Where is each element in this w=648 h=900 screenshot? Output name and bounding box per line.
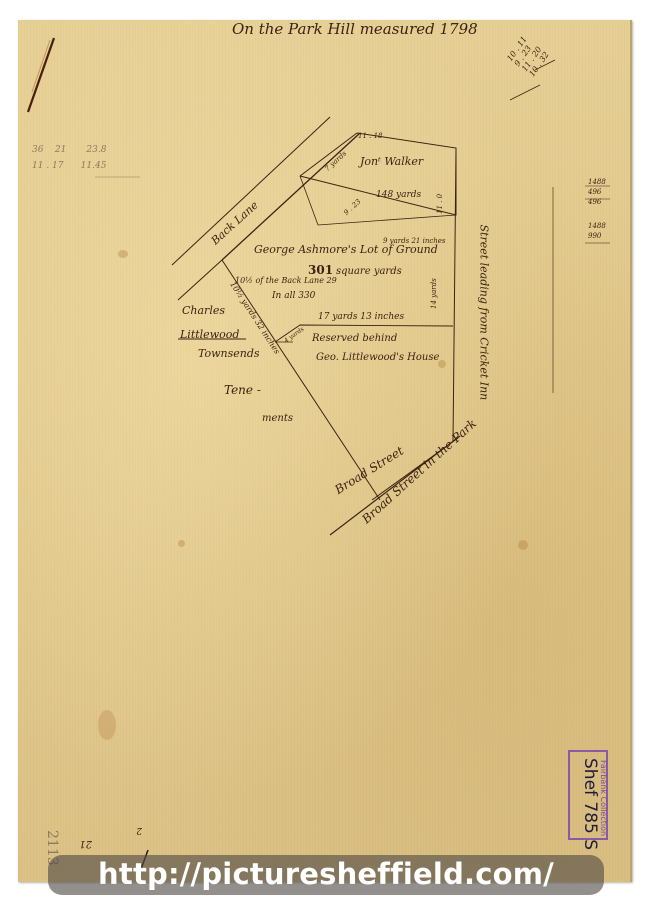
calc-value: 21 bbox=[55, 145, 66, 155]
calc-value: 990 bbox=[588, 231, 606, 241]
reserved-label-line2: Geo. Littlewood's House bbox=[316, 352, 439, 363]
calc-value: 11.45 bbox=[81, 161, 107, 171]
calc-value: 496 bbox=[588, 187, 606, 197]
reserved-label-line1: Reserved behind bbox=[312, 333, 397, 344]
fairbank-collection-stamp: Fairbank Collection Shef 785 S bbox=[568, 750, 608, 840]
ments-label: ments bbox=[262, 413, 293, 424]
walker-top-measure: 11 . 18 bbox=[358, 132, 383, 140]
stamp-reference: Shef 785 S bbox=[580, 758, 600, 850]
stamp-collection-text: Fairbank Collection bbox=[599, 760, 608, 836]
calc-value: 23.8 bbox=[86, 145, 106, 155]
ashmore-area-unit: square yards bbox=[336, 266, 402, 277]
reserved-top-measure: 17 yards 13 inches bbox=[318, 312, 404, 322]
townsends-label: Townsends bbox=[198, 347, 260, 360]
margin-calc-right: 1488 496 496 1488 990 bbox=[588, 177, 606, 241]
calc-value: 1488 bbox=[588, 177, 606, 187]
walker-right-measure: 11 . 0 bbox=[436, 194, 444, 214]
back-lane-note: 10½ of the Back Lane 29 bbox=[235, 276, 337, 285]
watermark-url: http://picturesheffield.com/ bbox=[48, 855, 604, 895]
street-leading-label: Street leading from Cricket Inn bbox=[478, 225, 491, 401]
small-mark: 2 bbox=[136, 825, 142, 835]
walker-area: 148 yards bbox=[376, 190, 421, 200]
document-title: On the Park Hill measured 1798 bbox=[232, 20, 478, 38]
walker-owner-label: Jonᵗ Walker bbox=[360, 155, 423, 168]
calc-value: 496 bbox=[588, 197, 606, 207]
ashmore-right-side: 14 yards bbox=[430, 278, 438, 309]
ashmore-area-number: 301 bbox=[308, 263, 333, 277]
in-all-total: In all 330 bbox=[272, 291, 315, 301]
littlewood-struck-label: Littlewood bbox=[180, 328, 239, 341]
calc-value: 11 . 17 bbox=[32, 161, 64, 171]
calc-value: 1488 bbox=[588, 221, 606, 231]
ashmore-right-measure: 9 yards 21 inches bbox=[383, 237, 446, 245]
margin-calc-left-pencil: 36 21 23.8 11 . 17 11.45 bbox=[32, 142, 106, 174]
charles-label: Charles bbox=[182, 304, 225, 317]
ink-number: 21 bbox=[79, 838, 92, 849]
tene-label: Tene - bbox=[224, 383, 261, 397]
survey-linework bbox=[0, 0, 648, 900]
calc-value: 36 bbox=[32, 145, 43, 155]
